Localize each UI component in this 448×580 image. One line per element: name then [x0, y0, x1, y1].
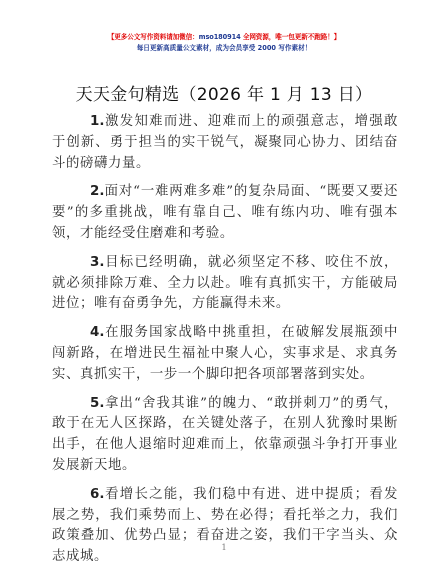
paragraph-number: 5. — [90, 396, 104, 411]
promo-banner-line-1: 【更多公文写作资料请加微信：mso180914 全网资源，唯一包更新不跑路！】 — [0, 31, 448, 41]
paragraph-number: 6. — [90, 487, 104, 502]
page-number: 1 — [0, 543, 448, 552]
paragraph-number: 4. — [90, 325, 104, 340]
quote-paragraph-3: 3.目标已经明确，就必须坚定不移、咬住不放，就必须排除万难、全力以赴。唯有真抓实… — [52, 253, 398, 315]
paragraph-text: 看增长之能，我们稳中有进、进中提质；看发展之势，我们乘势而上、势在必得；看托举之… — [52, 487, 398, 564]
paragraph-text: 面对“一难两难多难”的复杂局面、“既要又要还要”的多重挑战，唯有靠自己、唯有练内… — [52, 184, 398, 241]
paragraph-number: 2. — [90, 184, 104, 199]
quote-paragraph-4: 4.在服务国家战略中挑重担，在破解发展瓶颈中闯新路，在增进民生福祉中聚人心，实事… — [52, 323, 398, 385]
promo-text-left: 【更多公文写作资料请加微信： — [108, 33, 199, 41]
paragraph-number: 1. — [90, 114, 104, 129]
paragraph-number: 3. — [90, 255, 104, 270]
quote-paragraph-6: 6.看增长之能，我们稳中有进、进中提质；看发展之势，我们乘势而上、势在必得；看托… — [52, 485, 398, 568]
document-title: 天天金句精选（2026 年 1 月 13 日） — [0, 80, 448, 105]
promo-banner-line-2: 每日更新高质量公文素材，成为会员享受 2000 写作素材！ — [0, 42, 448, 52]
quote-paragraph-2: 2.面对“一难两难多难”的复杂局面、“既要又要还要”的多重挑战，唯有靠自己、唯有… — [52, 182, 398, 244]
quote-paragraph-5: 5.拿出“舍我其谁”的魄力、“敢拼刺刀”的勇气，敢于在无人区探路，在关键处落子，… — [52, 394, 398, 477]
document-page: 【更多公文写作资料请加微信：mso180914 全网资源，唯一包更新不跑路！】 … — [0, 0, 448, 580]
document-body: 1.激发知难而进、迎难而上的顽强意志，增强敢于创新、勇于担当的实干锐气，凝聚同心… — [52, 112, 398, 576]
paragraph-text: 目标已经明确，就必须坚定不移、咬住不放，就必须排除万难、全力以赴。唯有真抓实干，… — [52, 255, 398, 312]
promo-text-right: 全网资源，唯一包更新不跑路！】 — [241, 33, 341, 41]
paragraph-text: 拿出“舍我其谁”的魄力、“敢拼刺刀”的勇气，敢于在无人区探路，在关键处落子，在别… — [52, 396, 398, 473]
paragraph-text: 激发知难而进、迎难而上的顽强意志，增强敢于创新、勇于担当的实干锐气，凝聚同心协力… — [52, 114, 398, 171]
paragraph-text: 在服务国家战略中挑重担，在破解发展瓶颈中闯新路，在增进民生福祉中聚人心，实事求是… — [52, 325, 398, 382]
promo-wechat-id: mso180914 — [199, 33, 241, 41]
quote-paragraph-1: 1.激发知难而进、迎难而上的顽强意志，增强敢于创新、勇于担当的实干锐气，凝聚同心… — [52, 112, 398, 174]
